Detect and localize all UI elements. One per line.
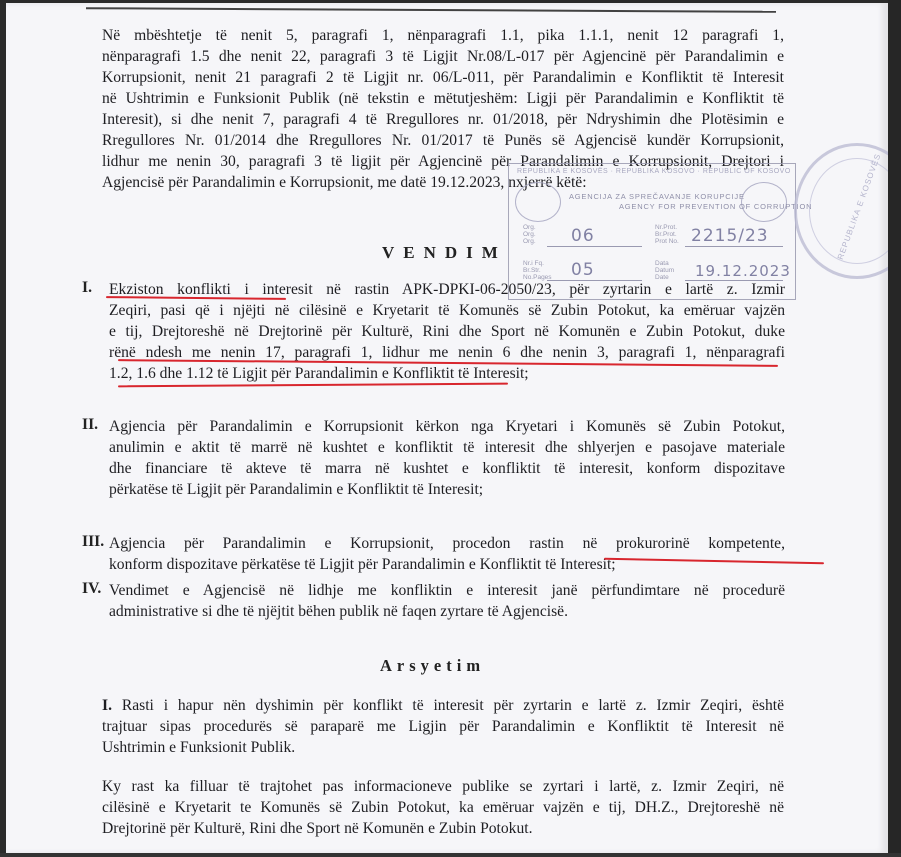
item-line: përkatëse të Ligjit për Parandalimin e K…	[109, 479, 785, 500]
item-line: Agjencia për Parandalimin e Korrupsionit…	[109, 416, 785, 437]
intro-line: Korrupsionit, nenit 21 paragrafi 2 të Li…	[102, 67, 784, 88]
stamp-agency-en: AGENCY FOR PREVENTION OF CORRUPTION	[619, 202, 812, 211]
stamp-prot-value: 2215/23	[691, 226, 769, 246]
stamp-emblem-icon	[515, 182, 561, 222]
item-line: Vendimet e Agjencisë në lidhje me konfli…	[109, 580, 785, 601]
stamp-label-org: Org. Org. Org.	[523, 224, 536, 245]
stamp-underline	[685, 246, 783, 247]
intro-line: Interesit), si dhe nenit 7, paragrafi 4 …	[102, 109, 784, 130]
item-line: Zeqiri, pasi që i njëjti në cilësinë e K…	[109, 300, 785, 321]
intro-line: nënparagrafi 1.5 dhe nenit 22, paragrafi…	[102, 46, 784, 67]
item-line: e tij, Drejtoreshë në Drejtorinë për Kul…	[109, 321, 785, 342]
reasoning-line: Ky rast ka filluar të trajtohet pas info…	[102, 776, 784, 797]
stamp-underline	[547, 246, 642, 247]
top-edge-line	[86, 7, 776, 13]
stamp-label-date: Data Datum Date	[655, 260, 674, 281]
reasoning-line: Ushtrimin e Funksionit Publik.	[102, 737, 784, 758]
viewer-frame-bottom	[0, 853, 901, 857]
item-line: dhe financiare të akteve të marra në kus…	[109, 458, 785, 479]
stamp-date-value: 19.12.2023	[695, 262, 791, 280]
reasoning-line: Rasti i hapur nën dyshimin për konflikt …	[122, 697, 784, 714]
reasoning-heading: Arsyetim	[380, 656, 485, 676]
item-line: konform dispozitave përkatëse të Ligjit …	[109, 554, 785, 575]
item-line: 1.2, 1.6 dhe 1.12 të Ligjit për Parandal…	[109, 363, 785, 384]
item-line: anulimin e aktit të marrë në kushtet e k…	[109, 437, 785, 458]
item-number: II.	[82, 416, 98, 434]
reasoning-line: cilësinë e Kryetarit te Komunës së Zubin…	[102, 797, 784, 818]
stamp-org-value: 06	[571, 226, 595, 246]
item-line: Agjencia për Parandalimin e Korrupsionit…	[109, 533, 785, 554]
official-seal: REPUBLIKA E KOSOVËS	[794, 143, 888, 279]
item-number: I.	[82, 279, 92, 297]
reasoning-number: I.	[102, 697, 112, 714]
stamp-underline	[685, 280, 783, 281]
item-number: IV.	[82, 580, 101, 598]
reasoning-line: trajtuar sipas procedurës së paraparë me…	[102, 716, 784, 737]
stamp-header: REPUBLIKA E KOSOVËS · REPUBLIKA KOSOVO ·…	[517, 168, 791, 175]
stamp-agency-sr: AGENCIJA ZA SPREČAVANJE KORUPCIJE	[569, 192, 745, 201]
received-stamp: REPUBLIKA E KOSOVËS · REPUBLIKA KOSOVO ·…	[508, 163, 796, 300]
item-number: III.	[82, 533, 104, 551]
reasoning-paragraph-1: I. Rasti i hapur nën dyshimin për konfli…	[102, 695, 784, 758]
stamp-label-pages: Nr.i Fq. Br.Str. No.Pages	[523, 260, 552, 281]
reasoning-line: Drejtorinë për Kulturë, Rini dhe Sport n…	[102, 818, 784, 839]
item-line: administrative si dhe të njëjtit bëhen p…	[109, 601, 785, 622]
scanned-document-page: Në mbështetje të nenit 5, paragrafi 1, n…	[6, 3, 888, 853]
intro-line: Rregullores Nr. 01/2014 dhe Rregullores …	[102, 130, 784, 151]
stamp-label-prot: Nr.Prot. Br.Prot. Prot No.	[655, 224, 679, 245]
stamp-pages-value: 05	[571, 260, 595, 280]
decision-heading: VENDIM	[382, 243, 507, 263]
stamp-underline	[547, 280, 642, 281]
intro-line: në Ushtrimin e Funksionit Publik (në tek…	[102, 88, 784, 109]
reasoning-paragraph-2: Ky rast ka filluar të trajtohet pas info…	[102, 776, 784, 839]
viewer-frame-right	[888, 0, 901, 857]
intro-line: Në mbështetje të nenit 5, paragrafi 1, n…	[102, 25, 784, 46]
